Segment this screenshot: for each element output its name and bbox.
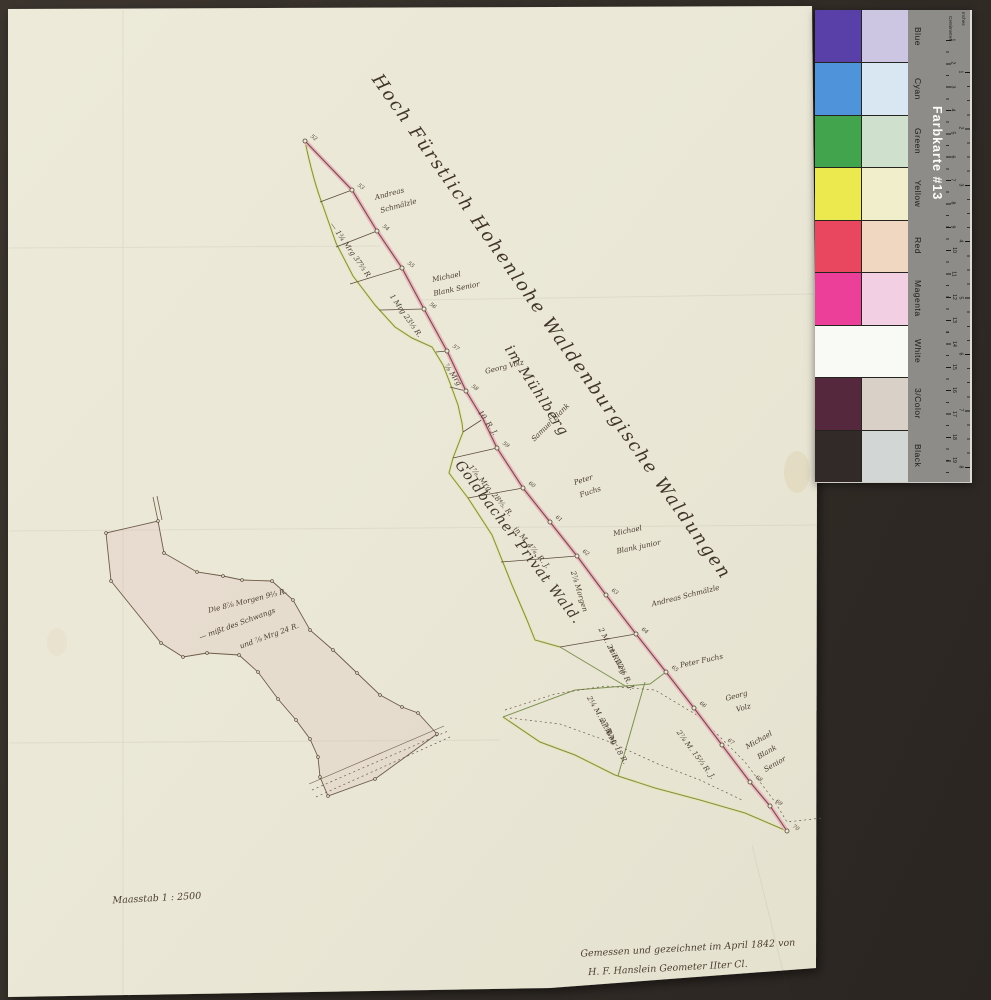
junction-marker [548, 520, 552, 524]
swatch-pale [862, 378, 908, 429]
cm-ruler-number: 18 [951, 434, 957, 440]
swatch-pale [862, 116, 908, 167]
swatch-pale [862, 273, 908, 324]
inch-ruler-number: 2 [957, 127, 963, 130]
junction-marker [303, 139, 307, 143]
swatch-strong [815, 116, 861, 167]
survey-point [332, 649, 335, 652]
junction-marker [350, 188, 354, 192]
junction-marker [604, 593, 608, 597]
color-card-title: Farbkarte #13 [926, 68, 948, 238]
inch-ruler-number: 4 [957, 240, 963, 243]
color-row-label: Magenta [908, 272, 928, 324]
paper-sheet [8, 6, 817, 997]
survey-point [436, 733, 439, 736]
color-row-label: Black [908, 430, 928, 482]
cm-ruler-number: 5 [949, 132, 955, 135]
inch-ruler-number: 1 [957, 71, 963, 74]
cm-ruler-number: 8 [949, 202, 955, 205]
swatch-strong [815, 221, 861, 272]
junction-marker [785, 829, 789, 833]
color-row-label-text: White [913, 339, 923, 363]
cm-ruler-number: 15 [951, 364, 957, 370]
survey-point [295, 719, 298, 722]
survey-point [163, 552, 166, 555]
color-row-white [815, 326, 908, 377]
color-row-black [815, 431, 908, 482]
junction-marker [720, 743, 724, 747]
junction-marker [692, 706, 696, 710]
cm-ruler-number: 11 [951, 271, 957, 276]
color-row-label: 3/Color [908, 377, 928, 429]
color-row-label-text: Blue [913, 27, 923, 46]
survey-point [401, 706, 404, 709]
survey-point [271, 580, 274, 583]
color-row-label-text: Red [913, 237, 923, 254]
survey-point [317, 756, 320, 759]
swatch-pale [862, 63, 908, 114]
swatch-pale [862, 10, 908, 62]
junction-marker [748, 780, 752, 784]
swatch-pale [862, 221, 908, 272]
color-row-magenta [815, 273, 908, 324]
color-row-label-text: Black [913, 444, 923, 467]
cm-ruler-number: 17 [951, 411, 957, 417]
swatch-pale [862, 431, 908, 482]
cm-ruler-number: 1 [949, 39, 955, 42]
junction-marker [768, 804, 772, 808]
color-row-label-text: Green [913, 128, 923, 154]
survey-point [277, 698, 280, 701]
junction-marker [375, 229, 379, 233]
junction-marker [495, 446, 499, 450]
survey-point [222, 575, 225, 578]
color-row-blue [815, 10, 908, 62]
junction-marker [445, 349, 449, 353]
cm-ruler-number: 4 [949, 109, 955, 112]
cm-ruler-number: 7 [949, 179, 955, 182]
survey-point [257, 671, 260, 674]
color-row-label: Yellow [908, 167, 928, 219]
inch-ruler-number: 8 [957, 465, 963, 468]
survey-point [206, 652, 209, 655]
color-row-cyan [815, 63, 908, 114]
survey-point [241, 579, 244, 582]
color-row-label: Red [908, 220, 928, 272]
color-card: BlueCyanGreenYellowRedMagentaWhite3/Colo… [815, 10, 972, 483]
survey-point [417, 712, 420, 715]
inch-ruler-number: 7 [957, 409, 963, 412]
color-row-label: Blue [908, 10, 928, 62]
junction-marker [464, 389, 468, 393]
cm-ruler-number: 3 [949, 85, 955, 88]
junction-marker [422, 307, 426, 311]
color-row-green [815, 116, 908, 167]
scanned-map-photo: 52535455565758596061626364656667686970 H… [0, 0, 991, 1000]
color-card-title-text: Farbkarte #13 [930, 106, 944, 200]
survey-point [157, 520, 160, 523]
cm-ruler-number: 13 [951, 317, 957, 323]
color-row-3color [815, 378, 908, 429]
inch-ruler-number: 5 [957, 296, 963, 299]
cm-ruler-number: 10 [951, 247, 957, 253]
inch-ruler-label: Inches [961, 12, 966, 27]
inch-ruler-number: 6 [957, 353, 963, 356]
survey-point [238, 654, 241, 657]
inch-ruler-minor-ticks [967, 72, 970, 472]
swatch-strong [815, 10, 861, 62]
color-row-label: White [908, 325, 928, 377]
survey-point [110, 580, 113, 583]
cm-ruler-minor-ticks [946, 40, 949, 478]
swatch-strong [815, 273, 861, 324]
color-row-red [815, 221, 908, 272]
cm-ruler-number: 12 [951, 294, 957, 300]
swatch-full [815, 326, 908, 377]
swatch-strong [815, 431, 861, 482]
survey-point [319, 776, 322, 779]
cm-ruler-number: 2 [949, 62, 955, 65]
survey-point [309, 629, 312, 632]
color-row-label-text: Magenta [913, 280, 923, 317]
cm-ruler-number: 6 [949, 155, 955, 158]
swatch-strong [815, 63, 861, 114]
color-card-patches [815, 10, 908, 482]
cm-ruler-number: 19 [951, 457, 957, 463]
survey-point [196, 571, 199, 574]
color-row-label-text: 3/Color [913, 388, 923, 419]
color-row-label: Cyan [908, 62, 928, 114]
swatch-pale [862, 168, 908, 219]
cm-ruler-number: 16 [951, 387, 957, 393]
cm-ruler-number: 14 [951, 341, 957, 347]
color-row-label-text: Cyan [913, 78, 923, 100]
survey-point [379, 694, 382, 697]
survey-point [309, 738, 312, 741]
survey-point [105, 532, 108, 535]
cm-ruler-number: 9 [949, 225, 955, 228]
survey-point [374, 778, 377, 781]
survey-point [292, 599, 295, 602]
survey-point [327, 795, 330, 798]
junction-marker [664, 670, 668, 674]
survey-point [182, 656, 185, 659]
junction-marker [521, 486, 525, 490]
color-row-label: Green [908, 115, 928, 167]
color-row-label-text: Yellow [913, 180, 923, 207]
swatch-strong [815, 168, 861, 219]
inch-ruler-number: 3 [957, 183, 963, 186]
junction-marker [634, 632, 638, 636]
color-row-yellow [815, 168, 908, 219]
survey-point [160, 642, 163, 645]
junction-marker [400, 266, 404, 270]
survey-point [356, 672, 359, 675]
swatch-strong [815, 378, 861, 429]
junction-marker [575, 554, 579, 558]
